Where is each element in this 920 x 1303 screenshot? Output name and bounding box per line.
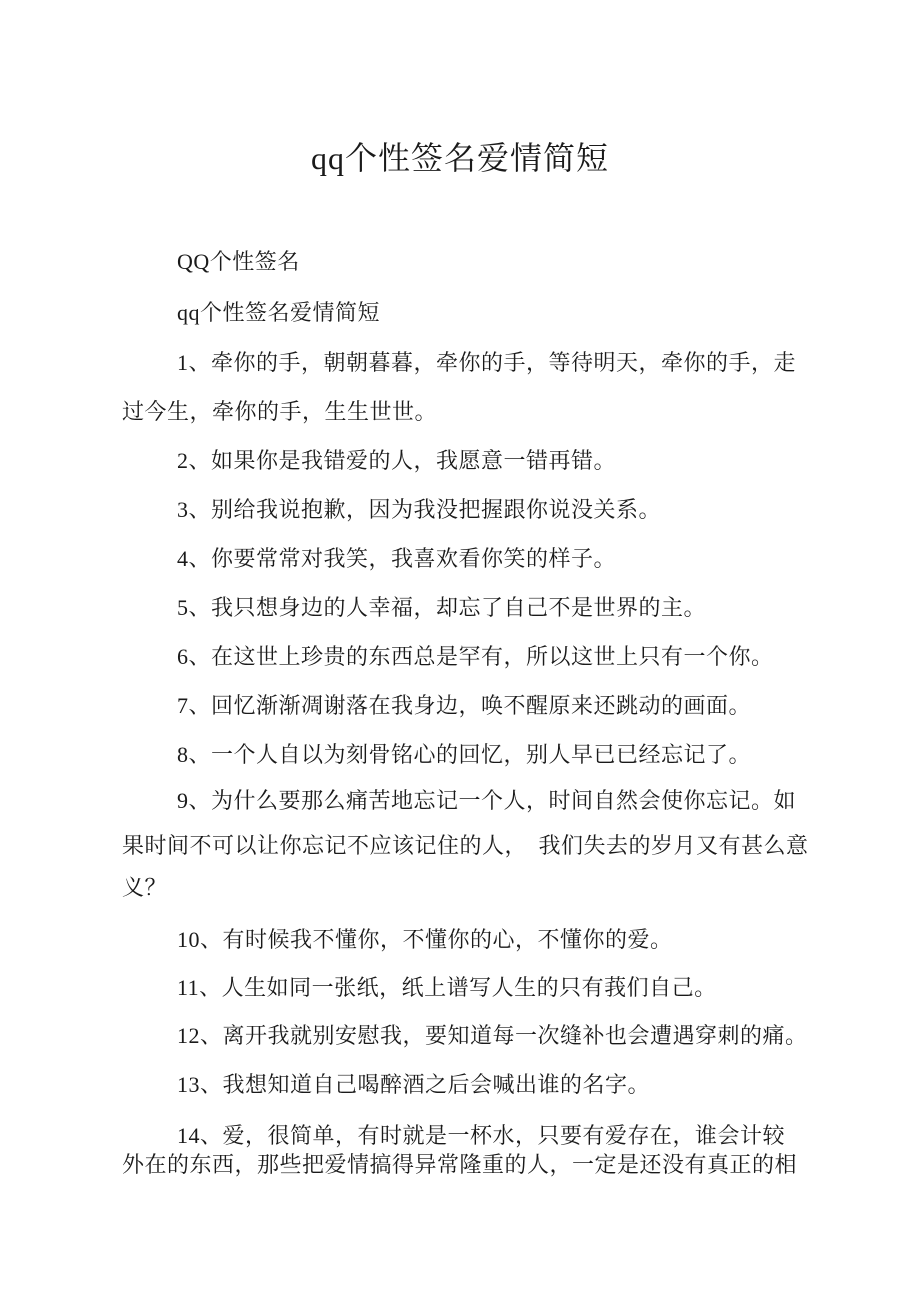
- paragraph-13-line-1: 11、人生如同一张纸，纸上谱写人生的只有莪们自己。: [177, 974, 717, 1001]
- paragraph-11-line-1: 9、为什么要那么痛苦地忘记一个人，时间自然会使你忘记。如: [177, 787, 796, 814]
- paragraph-16-line-2: 外在的东西，那些把爱情搞得异常隆重的人，一定是还没有真正的相: [122, 1151, 797, 1178]
- paragraph-14-line-1: 12、离开我就别安慰我，要知道每一次缝补也会遭遇穿刺的痛。: [177, 1022, 808, 1049]
- paragraph-6-line-1: 4、你要常常对我笑，我喜欢看你笑的样子。: [177, 545, 616, 572]
- paragraph-10-line-1: 8、一个人自以为刻骨铭心的回忆，别人早已已经忘记了。: [177, 741, 751, 768]
- paragraph-7-line-1: 5、我只想身边的人幸福，却忘了自己不是世界的主。: [177, 594, 706, 621]
- paragraph-5-line-1: 3、别给我说抱歉，因为我没把握跟你说没关系。: [177, 496, 661, 523]
- paragraph-16-line-1: 14、爱，很简单，有时就是一杯水，只要有爱存在，谁会计较: [177, 1122, 785, 1149]
- paragraph-11-line-2: 果时间不可以让你忘记不应该记住的人， 我们失去的岁月又有甚么意: [122, 832, 809, 859]
- paragraph-3-line-1: 1、牵你的手，朝朝暮暮，牵你的手，等待明天，牵你的手，走: [177, 349, 796, 376]
- paragraph-15-line-1: 13、我想知道自己喝醉酒之后会喊出谁的名字。: [177, 1071, 650, 1098]
- paragraph-8-line-1: 6、在这世上珍贵的东西总是罕有，所以这世上只有一个你。: [177, 643, 774, 670]
- paragraph-9-line-1: 7、回忆渐渐凋谢落在我身边，唤不醒原来还跳动的画面。: [177, 692, 751, 719]
- paragraph-2-line-1: qq个性签名爱情简短: [177, 299, 380, 326]
- paragraph-11-line-3: 义？: [122, 874, 167, 901]
- paragraph-4-line-1: 2、如果你是我错爱的人，我愿意一错再错。: [177, 447, 616, 474]
- paragraph-12-line-1: 10、有时候我不懂你，不懂你的心，不懂你的爱。: [177, 926, 673, 953]
- paragraph-1-line-1: QQ个性签名: [177, 248, 300, 275]
- document-page: qq个性签名爱情简短 QQ个性签名qq个性签名爱情简短1、牵你的手，朝朝暮暮，牵…: [0, 0, 920, 1303]
- document-body: QQ个性签名qq个性签名爱情简短1、牵你的手，朝朝暮暮，牵你的手，等待明天，牵你…: [0, 0, 920, 1303]
- paragraph-3-line-2: 过今生，牵你的手，生生世世。: [122, 398, 437, 425]
